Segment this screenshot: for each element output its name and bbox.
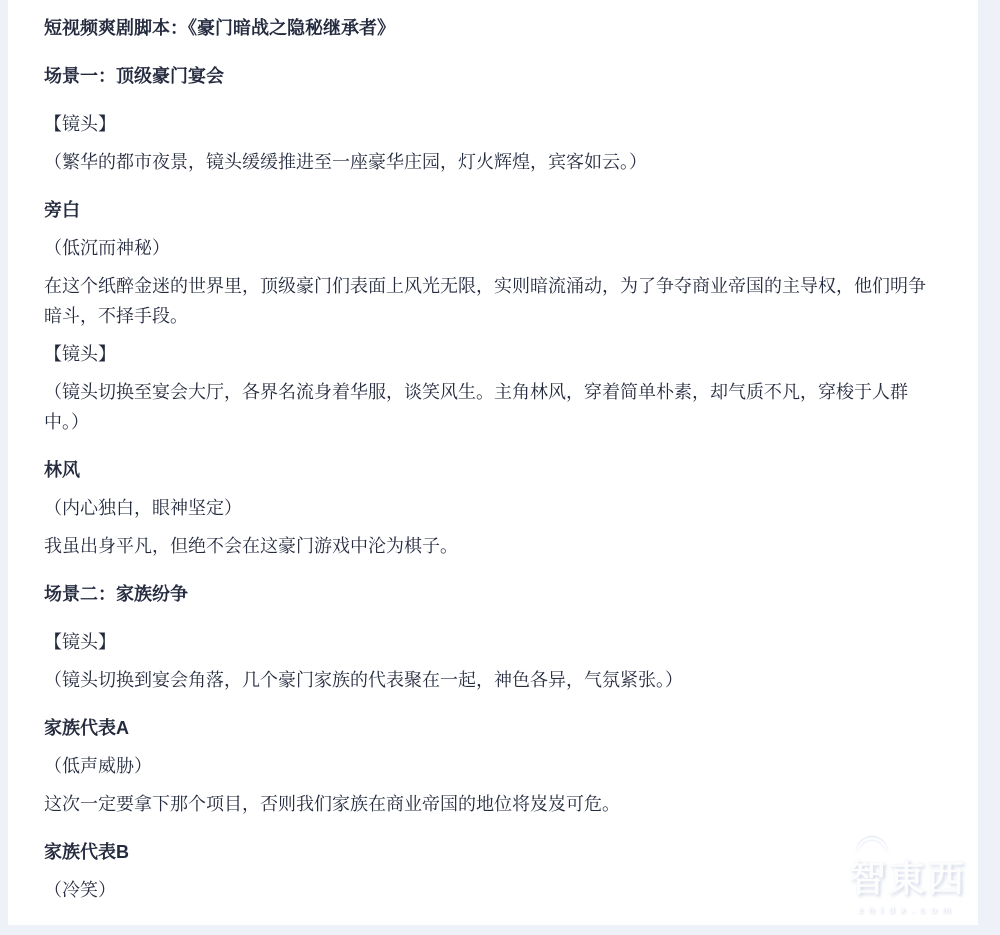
page-background: { "page": { "background_color": "#eff1f8… [0,0,1000,935]
script-block-paren-6: （低沉而神秘） [44,233,942,263]
script-block-role-16: 家族代表A [44,713,942,743]
script-block-body-12: 我虽出身平凡，但绝不会在这豪门游戏中沦为棋子。 [44,531,942,561]
script-block-scene-13: 场景二：家族纷争 [44,579,942,609]
script-block-body-18: 这次一定要拿下那个项目，否则我们家族在商业帝国的地位将岌岌可危。 [44,789,942,819]
script-block-scene-2: 场景一：顶级豪门宴会 [44,61,942,91]
script-block-paren-9: （镜头切换至宴会大厅，各界名流身着华服，谈笑风生。主角林风，穿着简单朴素，却气质… [44,377,942,437]
script-block-paren-11: （内心独白，眼神坚定） [44,493,942,523]
script-document: 短视频爽剧脚本：《豪门暗战之隐秘继承者》场景一：顶级豪门宴会【镜头】（繁华的都市… [8,0,978,925]
script-block-paren-20: （冷笑） [44,875,942,905]
script-block-paren-15: （镜头切换到宴会角落，几个豪门家族的代表聚在一起，神色各异，气氛紧张。） [44,665,942,695]
script-block-camera-3: 【镜头】 [44,109,942,139]
script-block-camera-14: 【镜头】 [44,627,942,657]
script-block-camera-8: 【镜头】 [44,339,942,369]
script-block-body-7: 在这个纸醉金迷的世界里，顶级豪门们表面上风光无限，实则暗流涌动，为了争夺商业帝国… [44,271,942,331]
script-block-title-1: 短视频爽剧脚本：《豪门暗战之隐秘继承者》 [44,13,942,43]
script-block-role-19: 家族代表B [44,837,942,867]
script-block-role-10: 林风 [44,455,942,485]
script-block-role-5: 旁白 [44,195,942,225]
script-block-paren-17: （低声威胁） [44,751,942,781]
script-block-paren-4: （繁华的都市夜景，镜头缓缓推进至一座豪华庄园，灯火辉煌，宾客如云。） [44,147,942,177]
